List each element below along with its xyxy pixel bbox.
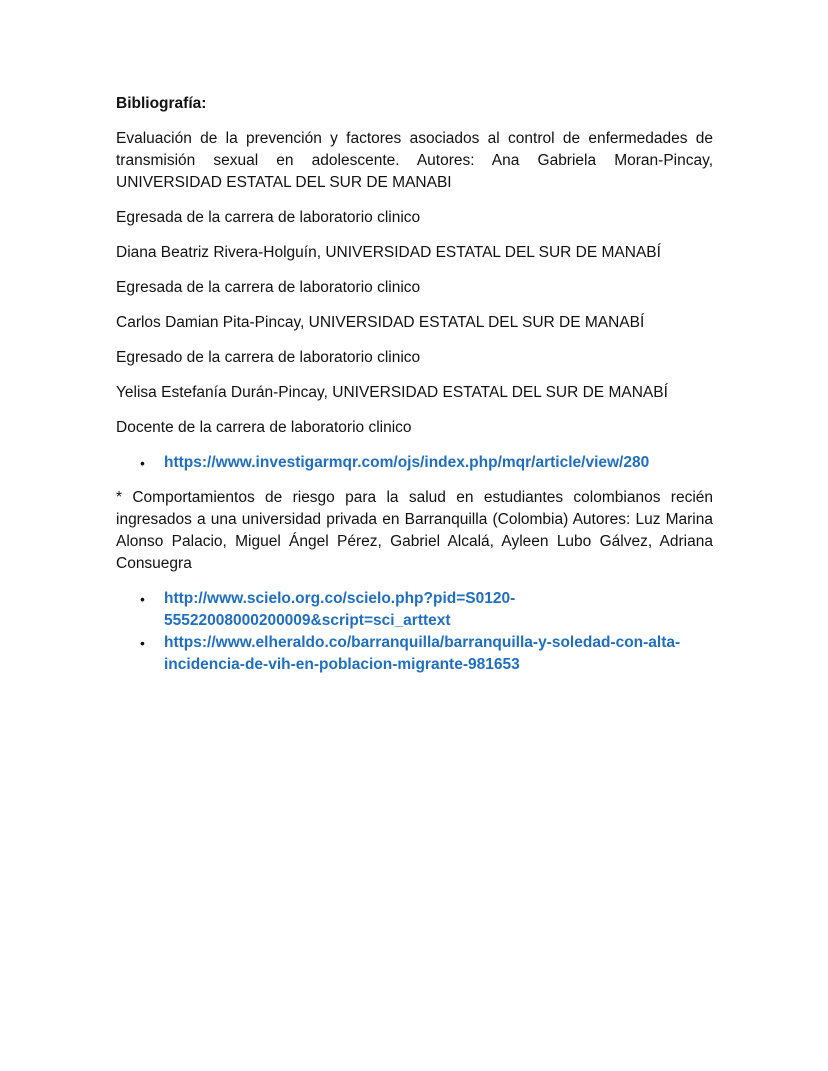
link-scielo-line2[interactable]: 55522008000200009&script=sci_arttext	[164, 612, 451, 629]
link-elheraldo[interactable]: https://www.elheraldo.co/barranquilla/ba…	[164, 634, 680, 673]
author-role-2: Egresada de la carrera de laboratorio cl…	[116, 277, 713, 299]
reference-title-1: Evaluación de la prevención y factores a…	[116, 128, 713, 194]
reference-title-2: * Comportamientos de riesgo para la salu…	[116, 487, 713, 575]
author-4: Yelisa Estefanía Durán-Pincay, UNIVERSID…	[116, 382, 713, 404]
link-scielo-line1[interactable]: http://www.scielo.org.co/scielo.php?pid=…	[164, 590, 515, 607]
bullet-icon: •	[140, 452, 145, 474]
link-scielo[interactable]: http://www.scielo.org.co/scielo.php?pid=…	[164, 590, 515, 629]
author-2: Diana Beatriz Rivera-Holguín, UNIVERSIDA…	[116, 242, 713, 264]
bibliography-heading: Bibliografía:	[116, 94, 713, 114]
list-item: • http://www.scielo.org.co/scielo.php?pi…	[116, 588, 713, 632]
link-elheraldo-line2[interactable]: incidencia-de-vih-en-poblacion-migrante-…	[164, 656, 520, 673]
bullet-icon: •	[140, 632, 145, 654]
author-role-3: Egresado de la carrera de laboratorio cl…	[116, 347, 713, 369]
link-elheraldo-line1[interactable]: https://www.elheraldo.co/barranquilla/ba…	[164, 634, 680, 651]
author-role-4: Docente de la carrera de laboratorio cli…	[116, 417, 713, 439]
list-item: • https://www.elheraldo.co/barranquilla/…	[116, 632, 713, 676]
document-page: Bibliografía: Evaluación de la prevenció…	[0, 0, 828, 1071]
author-3: Carlos Damian Pita-Pincay, UNIVERSIDAD E…	[116, 312, 713, 334]
list-item: • https://www.investigarmqr.com/ojs/inde…	[116, 452, 713, 474]
author-role-1: Egresada de la carrera de laboratorio cl…	[116, 207, 713, 229]
bullet-icon: •	[140, 588, 145, 610]
link-list-2: • http://www.scielo.org.co/scielo.php?pi…	[116, 588, 713, 676]
bibliography-section: Bibliografía: Evaluación de la prevenció…	[116, 94, 713, 689]
link-list-1: • https://www.investigarmqr.com/ojs/inde…	[116, 452, 713, 474]
link-investigarmqr[interactable]: https://www.investigarmqr.com/ojs/index.…	[164, 454, 649, 471]
